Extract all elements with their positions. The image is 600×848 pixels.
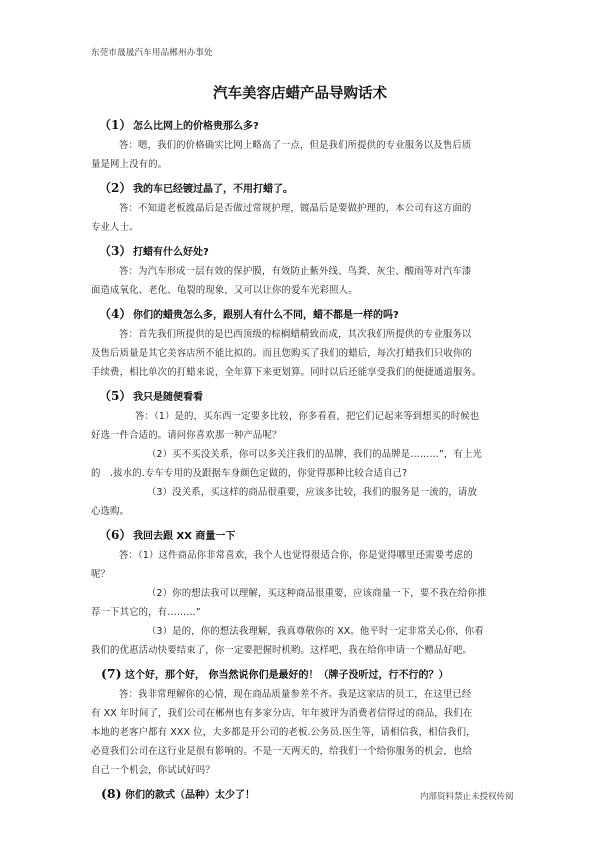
answer-line: 答：首先我们所提供的是巴西顶级的棕榈蜡精致而成，其次我们所提供的专业服务以: [91, 325, 511, 344]
answer-line: （3）没关系，买这样的商品很重要，应该多比较，我们的服务是一流的，请放: [91, 483, 511, 502]
question-number: (8): [91, 783, 125, 805]
answer-line: 答：嗯，我们的价格确实比网上略高了一点，但是我们所提供的专业服务以及售后质: [91, 136, 511, 155]
question-text: 这个好，那个好， 你当然说你们是最好的！（牌子没听过，行不行的？）: [125, 670, 448, 681]
answer-line: 本地的老客户都有 XXX 位，大多都是开公司的老板.公务员.医生等，请相信我，相…: [91, 723, 511, 742]
question-heading: （3）打蜡有什么好处?: [91, 240, 511, 262]
question-heading: （6）我回去跟 XX 商量一下: [91, 524, 511, 546]
answer-paragraph: 答：（1）是的，买东西一定要多比较，你多看看，把它们记起来等到想买的时候也 好选…: [91, 407, 511, 521]
answer-line: （2）你的想法我可以理解，买这种商品很重要，应该商量一下，要不我在给你推: [91, 584, 511, 603]
document-page: 东莞市晟晟汽车用品郴州办事处 汽车美容店蜡产品导购话术 （1）怎么比网上的价格贵…: [0, 0, 600, 848]
question-number: （3）: [91, 240, 133, 262]
answer-line: 呢？: [91, 565, 511, 584]
question-text: 我的车已经镀过晶了，不用打蜡了。: [133, 184, 293, 195]
answer-line: 专业人士。: [91, 218, 511, 237]
answer-line: 及售后质量是其它美容店所不能比拟的。而且您购买了我们的蜡后，每次打蜡我们只收你的: [91, 344, 511, 363]
question-number: (7): [91, 663, 125, 685]
answer-line: （3）是的，你的想法我理解，我真尊敬你的 XX。他平时一定非常关心你，你看: [91, 622, 511, 641]
question-text: 打蜡有什么好处?: [133, 247, 209, 258]
document-body: （1）怎么比网上的价格贵那么多? 答：嗯，我们的价格确实比网上略高了一点，但是我…: [91, 114, 511, 805]
answer-paragraph: 答：我非常理解你的心情，现在商品质量参差不齐。我是这家店的员工，在这里已经 有 …: [91, 685, 511, 780]
answer-line: 自己一个机会，你试试好吗？: [91, 761, 511, 780]
answer-line: 答：为汽车形成一层有效的保护膜，有效防止紫外线、鸟粪、灰尘、酸雨等对汽车漆: [91, 262, 511, 281]
answer-line: 答：不知道老板渡晶后是否做过常规护理，镀晶后是要做护理的，本公司有这方面的: [91, 199, 511, 218]
answer-line: 手续费，相比单次的打蜡来说，全年算下来更划算。同时以后还能享受我们的便捷通道服务…: [91, 363, 511, 382]
question-number: （5）: [91, 385, 133, 407]
answer-line: （2）买不买没关系，你可以多关注我们的品牌，我们的品牌是………”，有上光: [91, 445, 511, 464]
question-text: 怎么比网上的价格贵那么多?: [133, 121, 259, 132]
question-number: （1）: [91, 114, 133, 136]
company-header: 东莞市晟晟汽车用品郴州办事处: [91, 46, 213, 58]
confidential-footer: 内部资料禁止未授权传阅: [420, 790, 514, 802]
answer-paragraph: 答：（1）这件商品你非常喜欢，我个人也觉得很适合你，你是觉得哪里还需要考虑的 呢…: [91, 546, 511, 660]
answer-line: 我们的优惠活动快要结束了，你一定要把握时机哟。这样吧，我在给你申请一个赠品好吧。: [91, 641, 511, 660]
answer-paragraph: 答：首先我们所提供的是巴西顶级的棕榈蜡精致而成，其次我们所提供的专业服务以 及售…: [91, 325, 511, 382]
answer-line: 的 .拔水的.专车专用的及跟据车身颜色定做的，你觉得那种比较合适自己?: [91, 464, 511, 483]
answer-paragraph: 答：不知道老板渡晶后是否做过常规护理，镀晶后是要做护理的，本公司有这方面的 专业…: [91, 199, 511, 237]
qa-section-6: （6）我回去跟 XX 商量一下 答：（1）这件商品你非常喜欢，我个人也觉得很适合…: [91, 524, 511, 660]
question-heading: （5）我只是随便看看: [91, 385, 511, 407]
question-text: 我回去跟 XX 商量一下: [133, 531, 235, 542]
answer-line: 必竟我们公司在这行业是很有影响的。不是一天两天的，给我们一个给你服务的机会，也给: [91, 742, 511, 761]
question-text: 你们的蜡贵怎么多，跟别人有什么不同，蜡不都是一样的吗?: [133, 310, 399, 321]
answer-line: 答：我非常理解你的心情，现在商品质量参差不齐。我是这家店的员工，在这里已经: [91, 685, 511, 704]
question-number: （6）: [91, 524, 133, 546]
answer-line: 心选购。: [91, 502, 511, 521]
question-heading: （2）我的车已经镀过晶了，不用打蜡了。: [91, 177, 511, 199]
qa-section-3: （3）打蜡有什么好处? 答：为汽车形成一层有效的保护膜，有效防止紫外线、鸟粪、灰…: [91, 240, 511, 300]
question-number: （4）: [91, 303, 133, 325]
question-text: 你们的款式（品种）太少了！: [125, 790, 255, 801]
answer-line: 答：（1）这件商品你非常喜欢，我个人也觉得很适合你，你是觉得哪里还需要考虑的: [91, 546, 511, 565]
answer-paragraph: 答：为汽车形成一层有效的保护膜，有效防止紫外线、鸟粪、灰尘、酸雨等对汽车漆 面造…: [91, 262, 511, 300]
document-title: 汽车美容店蜡产品导购话术: [0, 82, 600, 103]
answer-paragraph: 答：嗯，我们的价格确实比网上略高了一点，但是我们所提供的专业服务以及售后质 量是…: [91, 136, 511, 174]
qa-section-1: （1）怎么比网上的价格贵那么多? 答：嗯，我们的价格确实比网上略高了一点，但是我…: [91, 114, 511, 174]
question-text: 我只是随便看看: [133, 392, 203, 403]
qa-section-5: （5）我只是随便看看 答：（1）是的，买东西一定要多比较，你多看看，把它们记起来…: [91, 385, 511, 521]
question-number: （2）: [91, 177, 133, 199]
answer-line: 量是网上没有的。: [91, 155, 511, 174]
question-heading: （1）怎么比网上的价格贵那么多?: [91, 114, 511, 136]
answer-line: 面造成氧化、老化、龟裂的现象，又可以让你的爱车光彩照人。: [91, 281, 511, 300]
answer-line: 荐一下其它的，有………”: [91, 603, 511, 622]
qa-section-4: （4）你们的蜡贵怎么多，跟别人有什么不同，蜡不都是一样的吗? 答：首先我们所提供…: [91, 303, 511, 382]
answer-line: 好选一件合适的。请问你喜欢那一种产品呢？: [91, 426, 511, 445]
question-heading: （4）你们的蜡贵怎么多，跟别人有什么不同，蜡不都是一样的吗?: [91, 303, 511, 325]
question-heading: (7)这个好，那个好， 你当然说你们是最好的！（牌子没听过，行不行的？）: [91, 663, 511, 685]
answer-line: 答：（1）是的，买东西一定要多比较，你多看看，把它们记起来等到想买的时候也: [91, 407, 511, 426]
qa-section-2: （2）我的车已经镀过晶了，不用打蜡了。 答：不知道老板渡晶后是否做过常规护理，镀…: [91, 177, 511, 237]
qa-section-7: (7)这个好，那个好， 你当然说你们是最好的！（牌子没听过，行不行的？） 答：我…: [91, 663, 511, 780]
answer-line: 有 XX 年时间了，我们公司在郴州也有多家分店，年年被评为消费者信得过的商品，我…: [91, 704, 511, 723]
